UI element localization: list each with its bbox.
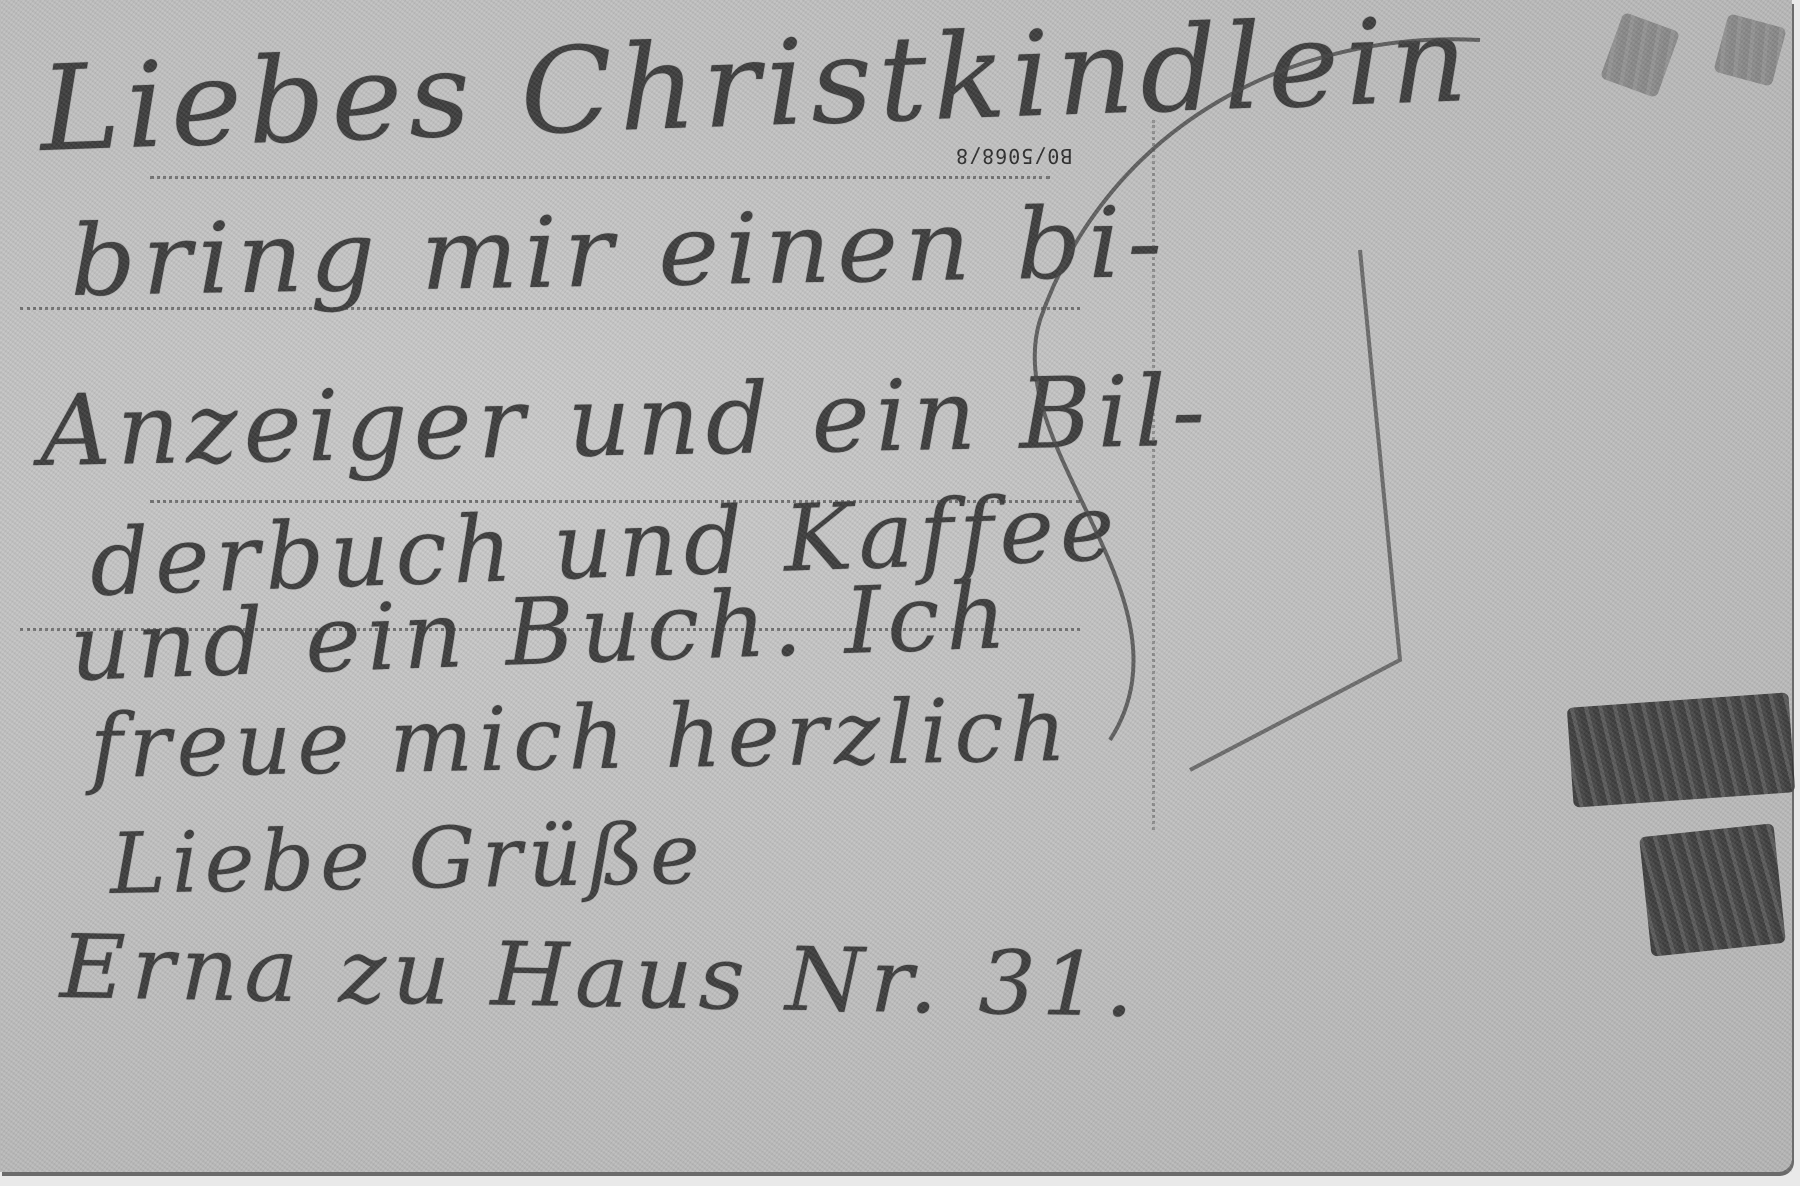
handwritten-line-2: bring mir einen bi- — [69, 186, 1169, 319]
corner-smudge — [1713, 13, 1786, 86]
handwritten-line-3: Anzeiger und ein Bil- — [39, 355, 1212, 489]
handwritten-line-1: Liebes Christkindlein — [38, 0, 1476, 178]
printed-serial: B0/5068/8 — [955, 144, 1072, 168]
handwritten-line-6: freue mich herzlich — [89, 678, 1073, 798]
scribble-mark — [1639, 823, 1786, 956]
scribble-mark — [1567, 692, 1795, 807]
handwritten-line-8: Erna zu Haus Nr. 31. — [59, 915, 1141, 1037]
postcard: B0/5068/8 Liebes Christkindlein bring mi… — [0, 0, 1792, 1172]
address-rule — [150, 176, 1050, 179]
handwritten-line-7: Liebe Grüße — [109, 805, 706, 913]
corner-smudge — [1600, 12, 1680, 98]
